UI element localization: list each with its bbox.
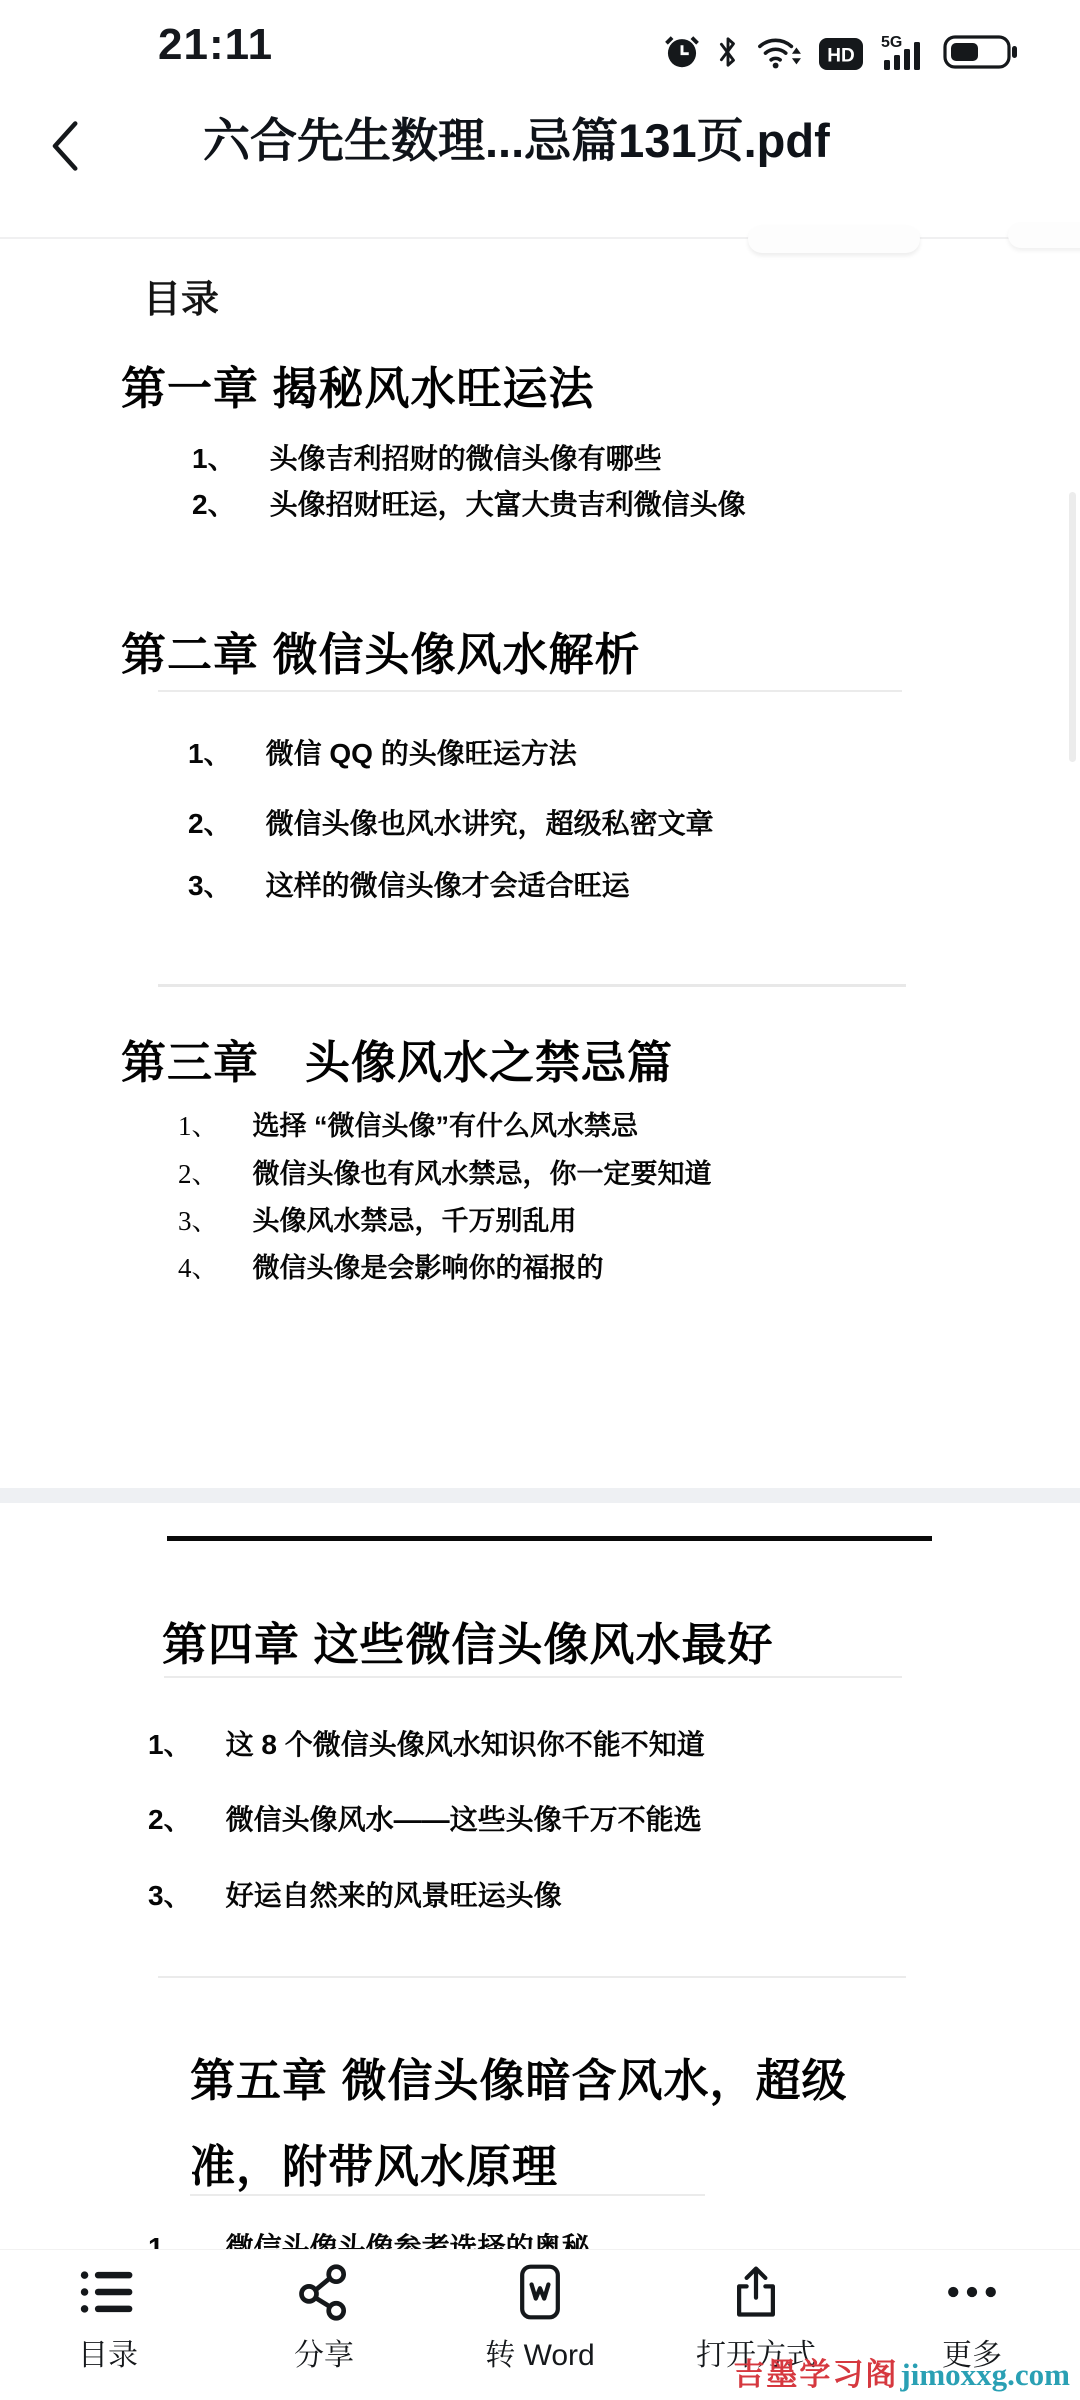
toc-entry-number: 1、 <box>178 1104 219 1143</box>
chapter-5-title-line2: 准，附带风水原理 <box>190 2130 558 2195</box>
svg-text:HD: HD <box>827 46 854 67</box>
toc-entry[interactable]: 4、 微信头像是会影响你的福报的 <box>178 1246 604 1285</box>
toc-entry-number: 2、 <box>178 1152 219 1191</box>
toc-entry-text: 微信头像风水——这些头像千万不能选 <box>226 1798 702 1838</box>
toc-entry[interactable]: 3、 头像风水禁忌，千万别乱用 <box>178 1199 577 1238</box>
app-header: 六合先生数理...忌篇131页.pdf <box>0 92 1080 228</box>
toc-entry-text: 好运自然来的风景旺运头像 <box>226 1874 562 1914</box>
toolbar-share-button[interactable]: 分享 <box>216 2250 432 2400</box>
toc-entry-text: 微信头像也风水讲究，超级私密文章 <box>266 802 714 842</box>
open-with-icon <box>726 2262 786 2322</box>
toc-entry-number: 1、 <box>188 732 232 772</box>
toc-entry-text: 头像招财旺运，大富大贵吉利微信头像 <box>270 483 746 523</box>
toc-entry-text: 这样的微信头像才会适合旺运 <box>266 864 630 904</box>
watermark-chinese-text: 吉墨学习阁 <box>733 2349 898 2394</box>
toc-entry-text: 微信 QQ 的头像旺运方法 <box>266 732 577 772</box>
alarm-clock-icon <box>664 34 700 70</box>
toc-entry-number: 3、 <box>148 1874 192 1914</box>
toc-entry-number: 3、 <box>178 1199 219 1238</box>
toc-entry-number: 2、 <box>148 1798 192 1838</box>
divider <box>164 1676 902 1678</box>
toc-entry-text: 微信头像是会影响你的福报的 <box>253 1246 604 1285</box>
toc-entry[interactable]: 1、 头像吉利招财的微信头像有哪些 <box>192 437 662 477</box>
toc-entry[interactable]: 2、 微信头像也有风水禁忌，你一定要知道 <box>178 1152 712 1191</box>
status-icons: HD 5G <box>664 30 1019 70</box>
toc-entry[interactable]: 2、 微信头像也风水讲究，超级私密文章 <box>188 802 714 842</box>
toc-entry-number: 2、 <box>192 483 236 523</box>
status-bar: 21:11 HD 5G <box>0 0 1080 92</box>
toolbar-convert-word-button[interactable]: 转 Word <box>432 2250 648 2400</box>
toc-entry[interactable]: 1、 微信 QQ 的头像旺运方法 <box>188 732 577 772</box>
toc-entry-text: 这 8 个微信头像风水知识你不能不知道 <box>226 1723 705 1763</box>
word-convert-icon <box>510 2262 570 2322</box>
toc-entry[interactable]: 1、 这 8 个微信头像风水知识你不能不知道 <box>148 1723 705 1763</box>
chapter-3-title: 第三章 头像风水之禁忌篇 <box>121 1026 673 1091</box>
divider <box>158 690 902 692</box>
site-watermark: 吉墨学习阁 jimoxxg.com <box>733 2349 1070 2394</box>
toc-entry[interactable]: 1、 选择 “微信头像”有什么风水禁忌 <box>178 1104 638 1143</box>
toolbar-label: 转 Word <box>485 2330 594 2374</box>
chapter-5-title-line1: 第五章 微信头像暗含风水，超级 <box>190 2044 848 2109</box>
toc-heading: 目录 <box>143 268 219 323</box>
toc-entry[interactable]: 2、 头像招财旺运，大富大贵吉利微信头像 <box>192 483 746 523</box>
divider <box>158 1976 906 1978</box>
divider <box>190 2194 705 2196</box>
toc-list-icon <box>78 2262 138 2322</box>
page-corner-shadow <box>1008 222 1080 248</box>
chapter-1-title: 第一章 揭秘风水旺运法 <box>121 352 595 417</box>
clock-time: 21:11 <box>158 20 273 70</box>
toc-entry-text: 头像风水禁忌，千万别乱用 <box>253 1199 577 1238</box>
toc-entry-text: 头像吉利招财的微信头像有哪些 <box>270 437 662 477</box>
svg-text:5G: 5G <box>881 34 902 51</box>
chapter-2-title: 第二章 微信头像风水解析 <box>121 618 641 683</box>
divider <box>158 984 906 987</box>
toc-entry-number: 3、 <box>188 864 232 904</box>
chevron-left-icon <box>46 118 82 179</box>
battery-icon <box>943 34 1019 70</box>
toc-entry-text: 选择 “微信头像”有什么风水禁忌 <box>253 1104 639 1143</box>
toc-entry-number: 4、 <box>178 1246 219 1285</box>
bluetooth-icon <box>717 34 739 70</box>
toc-entry[interactable]: 2、 微信头像风水——这些头像千万不能选 <box>148 1798 702 1838</box>
watermark-domain-text: jimoxxg.com <box>900 2357 1070 2393</box>
toolbar-toc-button[interactable]: 目录 <box>0 2250 216 2400</box>
chapter-4-title: 第四章 这些微信头像风水最好 <box>162 1608 774 1673</box>
phone-screen: 21:11 HD 5G <box>0 0 1080 2400</box>
scrollbar-thumb[interactable] <box>1069 492 1076 762</box>
pdf-page-gap <box>0 1488 1080 1503</box>
toc-entry-number: 2、 <box>188 802 232 842</box>
back-button[interactable] <box>46 110 86 186</box>
horizontal-rule <box>167 1536 932 1541</box>
signal-5g-icon: 5G <box>880 33 926 70</box>
toc-entry-number: 1、 <box>192 437 236 477</box>
toc-entry[interactable]: 3、 好运自然来的风景旺运头像 <box>148 1874 562 1914</box>
wifi-icon <box>756 34 802 70</box>
toc-entry-number: 1、 <box>148 1723 192 1763</box>
hd-badge-icon: HD <box>819 38 863 70</box>
toolbar-label: 分享 <box>294 2330 354 2374</box>
more-dots-icon <box>942 2262 1002 2322</box>
toc-entry-text: 微信头像也有风水禁忌，你一定要知道 <box>253 1152 712 1191</box>
share-icon <box>294 2262 354 2322</box>
toc-entry[interactable]: 3、 这样的微信头像才会适合旺运 <box>188 864 630 904</box>
document-title: 六合先生数理...忌篇131页.pdf <box>203 104 830 171</box>
toolbar-label: 目录 <box>78 2330 138 2374</box>
page-edge-shadow <box>748 225 920 253</box>
